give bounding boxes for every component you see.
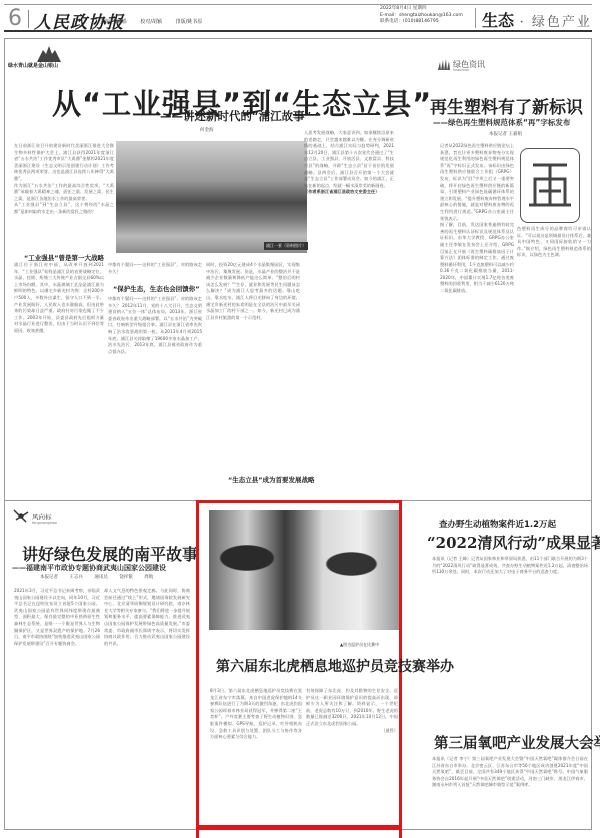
header-meta: 2022年8月4日 星期四 E-mail：shengtaizhoukan@163… — [380, 6, 463, 26]
main-byline: 何金海 — [200, 127, 214, 133]
plastic-body-1: 记者从2022绿色再生塑料供应链论坛上获悉，旨在让更多塑料废弃物充分实现规范化再… — [440, 143, 514, 222]
header-top-rule — [4, 4, 592, 5]
page-number: 6 — [8, 6, 22, 31]
column-3-text: 中都有个疑问——这样的“工业强县”，对的路该走多久？ 2012年11月，党的十八… — [108, 296, 202, 355]
qingfeng-headline[interactable]: “2022清风行动”成果显著 — [427, 532, 600, 553]
qingfeng-body-text: 本报讯（记者 王峰）记者从国家林业和草原局获悉，由11个部门联合开展的为期3个月… — [432, 556, 588, 576]
main-signoff: （作者系浙江省浦江县政协文史委主任） — [304, 189, 394, 196]
tiger-column-1: 8月3日，第六届东北虎栖息地巡护员竞技赛在黑龙江省东宁市落幕。来自中国老虎保护地… — [210, 688, 302, 824]
nanping-body-1: 2021年3月，习近平总书记来闽考察，亲临武夷山国家公园建设予以定向，同年10月… — [14, 588, 100, 647]
main-lead-column: 在日前浙江省召开的建设新时代美丽浙江推进大会暨生物多样性保护大会上，浦江县获得2… — [14, 143, 114, 253]
main-column-5: 人思考发展战略，大家意识到，如果继续沿原来的老路走，只会越来越难以为继。在充分调… — [304, 130, 394, 490]
column-5-text: 人思考发展战略，大家意识到，如果继续沿原来的老路走，只会越来越难以为继。在充分调… — [304, 130, 394, 189]
tiger-signoff: （通管） — [306, 728, 398, 735]
oxygen-body-text: 本报讯（记者 李宁）第三届氧吧产业发展大会暨“中国天然氧吧”媒体推介会日前在江苏… — [432, 756, 588, 789]
plastic-column-1: 记者从2022绿色再生塑料供应链论坛上获悉，旨在让更多塑料废弃物充分实现规范化再… — [440, 143, 514, 493]
header-bottom-rule — [4, 30, 592, 32]
oxygen-headline[interactable]: 第三届氧吧产业发展大会举办 — [434, 732, 600, 753]
credit-editor: 责编/王嘉娟 — [100, 19, 127, 25]
column-2-text: 浦江位于浙江省中部，从改革开放到2021年，“工业强县”始终是浦江县的首要战略定… — [14, 262, 104, 335]
header-divider-right — [475, 8, 476, 28]
section-subname: · 绿色产业 — [520, 15, 592, 30]
green-info-pinyin: lvsezixun — [453, 68, 469, 72]
pujiang-landscape-photo[interactable] — [116, 141, 307, 253]
subheading-2: “保护生态，生态也会回馈你” — [113, 284, 200, 293]
plastic-subhead: ——绿色再生塑料规范体系“再”字标发布 — [433, 117, 570, 128]
contact-phone: 联系电话：(010)88146795 — [380, 19, 463, 26]
nanping-column-1: 2021年3月，习近平总书记来闽考察，亲临武夷山国家公园建设予以定向，同年10月… — [14, 588, 100, 822]
editor-credits: 责编/王嘉娟 校对/胡颖 排版/姚书原 — [100, 18, 214, 25]
oxygen-body: 本报讯（记者 李宁）第三届氧吧产业发展大会暨“中国天然氧吧”媒体推介会日前在江苏… — [432, 756, 588, 826]
plastic-column-2: 色塑料再生成分的品牌商均可申请认证。“可以说这是领域最设计体系后，兼具中国特色、… — [517, 226, 591, 494]
plastic-body-2: 色塑料再生成分的品牌商均可申请认证。“可以说这是领域最设计体系后，兼具中国特色、… — [517, 226, 591, 259]
byline-name-3: 周航 — [144, 575, 153, 580]
wind-vane-pinyin: fengxiangbiao — [32, 521, 57, 525]
subheading-3: “生态立县”成为首要发展战略 — [228, 475, 315, 484]
nanping-column-2: 却人文气息的特色景观走廊。与此同时，协商会前还通过“线上”形式，邀请国务院发展研… — [104, 588, 190, 822]
main-column-4: 同时，投资20亿元建成4个水晶集聚园区，实现集中治污、集聚发展。但是，水晶产业的… — [206, 262, 300, 482]
article-kicker: 绿水青山就是金山银山 — [8, 62, 58, 69]
tiger-rangers-photo[interactable] — [209, 510, 399, 630]
nanping-headline[interactable]: 讲好绿色发展的南平故事 — [22, 542, 198, 565]
plastic-headline[interactable]: 再生塑料有了新标识 — [430, 93, 583, 118]
wind-vane-label: 风向标 — [32, 512, 52, 521]
section-title: 生态 · 绿色产业 — [482, 8, 592, 31]
byline-role-1: 本报记者 — [40, 575, 58, 580]
wind-vane-icon — [12, 508, 30, 524]
leaf-fan-icon — [438, 58, 452, 70]
lead-paragraph-3: 从“工业强县”到“生态立县”，这个曾经的“水晶之都”是如何取的水走出一条新的富民… — [14, 202, 114, 215]
plastic-body-3: 据了解，目前，发达国家普遍拥有较完善的再生塑料认证标识及规范体系及认证标识。东华… — [440, 222, 514, 295]
photo-caption: 浦江一景（资料图片） — [264, 242, 308, 250]
nanping-body-2: 却人文气息的特色景观走廊。与此同时，协商会前还通过“线上”形式，邀请国务院发展研… — [104, 588, 190, 647]
tiger-photo-caption: ▲图为巡护员在比赛中 — [340, 642, 379, 648]
mountain-icon — [37, 44, 61, 62]
main-column-3: 中都有个疑问——这样的“工业强县”，对的路该走多久？ 2012年11月，党的十八… — [108, 296, 202, 482]
main-column-2: 浦江位于浙江省中部，从改革开放到2021年，“工业强县”始终是浦江县的首要战略定… — [14, 262, 104, 482]
tiger-frame-bottom — [196, 825, 402, 830]
main-subhead: ——讲述新时代的“浦江故事” — [160, 108, 311, 124]
section-name: 生态 — [482, 11, 514, 30]
credit-proofreader: 校对/胡颖 — [140, 19, 162, 25]
main-column-3-top: 中都有个疑问——这样的“工业强县”，对的路该走多久？ — [108, 262, 202, 277]
byline-name-1: 王志兵 — [69, 575, 83, 580]
tiger-body-2: 有效保障了东北虎、豹及其猎物的生存安全。巡护员这一职业因环境保护意识的提高而出现… — [306, 688, 398, 728]
plastic-byline: 本报记者 王嘉娟 — [489, 131, 522, 137]
qingfeng-body: 本报讯（记者 王峰）记者从国家林业和草原局获悉，由11个部门联合开展的为期3个月… — [432, 556, 588, 720]
nanping-byline: 本报记者 王志兵 通讯员 饶祥银 周航 — [40, 574, 163, 580]
lead-paragraph-2: 作为浙江“五水共治”工作的最高综合性奖项，“大禹鼎”承载着大禹精神之魂、责任之重… — [14, 183, 114, 203]
qingfeng-pre-headline: 查办野生动植物案件近1.2万起 — [439, 518, 556, 530]
tiger-body-1: 8月3日，第六届东北虎栖息地巡护员竞技赛在黑龙江省东宁市落幕。来自中国老虎保护地… — [210, 688, 302, 741]
subheading-1: “工业强县”曾是第一大战略 — [24, 253, 104, 262]
tiger-column-2: 有效保障了东北虎、豹及其猎物的生存安全。巡护员这一职业因环境保护意识的提高而出现… — [306, 688, 398, 824]
credit-layout: 排版/姚书原 — [176, 19, 203, 25]
byline-name-2: 饶祥银 — [119, 575, 133, 580]
nanping-subhead: ——福建南平市政协专题协商武夷山国家公园建设 — [12, 563, 166, 573]
header-divider — [28, 10, 29, 28]
byline-role-2: 通讯员 — [94, 575, 108, 580]
zai-character-logo-icon — [521, 149, 578, 221]
lead-paragraph: 在日前浙江省召开的建设新时代美丽浙江推进大会暨生物多样性保护大会上，浦江县获得2… — [14, 143, 114, 183]
recycled-plastic-logo — [520, 148, 580, 223]
